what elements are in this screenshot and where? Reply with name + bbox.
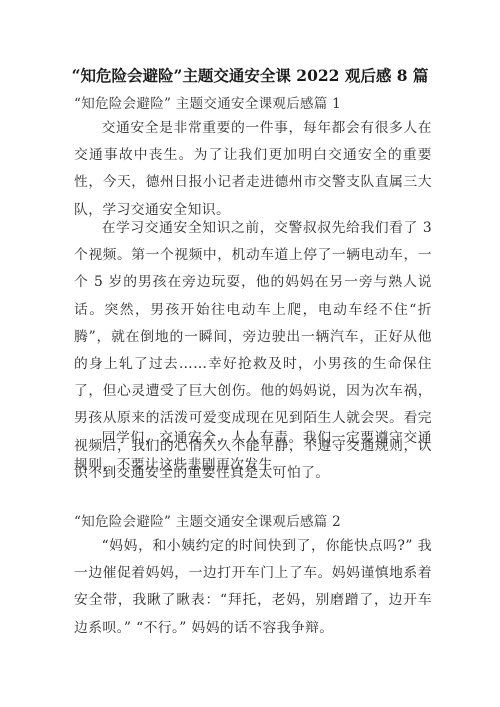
document-page: “知危险会避险”主题交通安全课 2022 观后感 8 篇 “知危险会避险” 主题… bbox=[0, 0, 500, 707]
paragraph-1-1: 交通安全是非常重要的一件事，每年都会有很多人在交通事故中丧生。为了让我们更加明白… bbox=[74, 115, 432, 224]
paragraph-1-3: 同学们，交通安全，人人有责。我们一定要遵守交通规则，不要让这些悲剧再次发生。 bbox=[74, 425, 432, 479]
document-title: “知危险会避险”主题交通安全课 2022 观后感 8 篇 bbox=[0, 64, 500, 86]
paragraph-2-1: “妈妈，和小姨约定的时间快到了，你能快点吗?” 我一边催促着妈妈，一边打开车门上… bbox=[74, 533, 432, 642]
section-heading-1: “知危险会避险” 主题交通安全课观后感篇 1 bbox=[74, 92, 341, 112]
section-heading-2: “知危险会避险” 主题交通安全课观后感篇 2 bbox=[74, 510, 341, 530]
